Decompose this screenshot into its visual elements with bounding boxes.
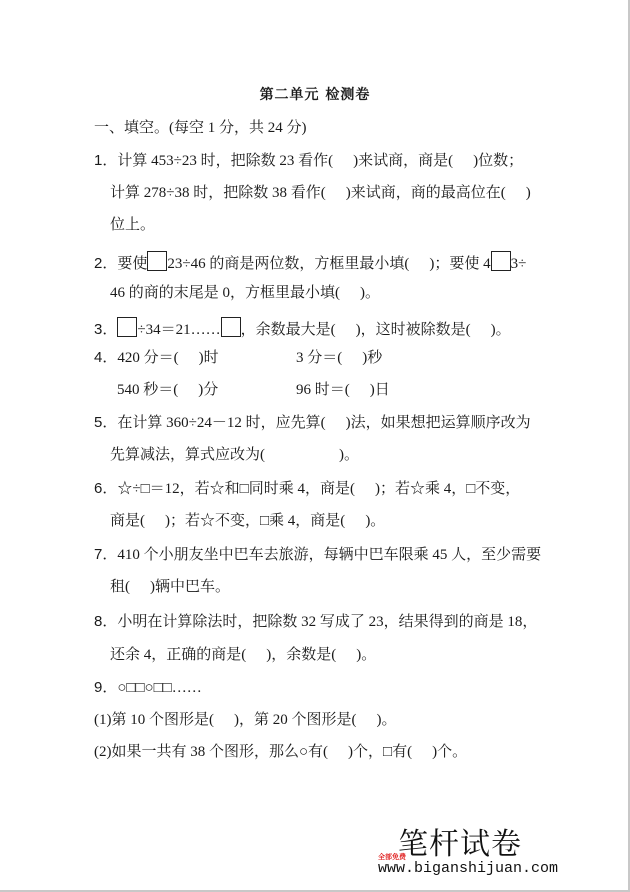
- document-page: 第二单元 检测卷 一、填空。(每空 1 分，共 24 分) 1．计算 453÷2…: [0, 0, 630, 892]
- question-9: 9．○□□○□□……: [94, 678, 202, 698]
- digit-box[interactable]: [491, 251, 511, 271]
- question-2-line-2: 46 的商的末尾是 0，方框里最小填()。: [110, 283, 380, 303]
- dividend-box[interactable]: [117, 317, 137, 337]
- section-heading: 一、填空。(每空 1 分，共 24 分): [94, 118, 307, 138]
- question-number: 8．: [94, 613, 117, 630]
- question-5-line-2: 先算减法，算式应改为()。: [110, 445, 359, 465]
- question-6-line-2: 商是()；若☆不变，□乘 4，商是()。: [110, 511, 385, 531]
- question-3: 3．÷34＝21……，余数最大是()，这时被除数是()。: [94, 317, 511, 340]
- question-1-line-3: 位上。: [110, 215, 155, 235]
- question-2-line-1: 2．要使23÷46 的商是两位数，方框里最小填()；要使 43÷: [94, 251, 526, 274]
- question-1-line-2: 计算 278÷38 时，把除数 38 看作()来试商，商的最高位在(): [110, 183, 531, 203]
- remainder-box[interactable]: [221, 317, 241, 337]
- question-1-line-1: 1．计算 453÷23 时，把除数 23 看作()来试商，商是()位数；: [94, 151, 523, 171]
- question-8-line-1: 8．小明在计算除法时，把除数 32 写成了 23，结果得到的商是 18，: [94, 612, 537, 632]
- question-4-row-2: 540 秒＝()分: [117, 380, 218, 400]
- digit-box[interactable]: [147, 251, 167, 271]
- question-number: 4．: [94, 349, 117, 366]
- website-url[interactable]: www.biganshijuan.com: [378, 860, 558, 877]
- question-7-line-2: 租()辆中巴车。: [110, 577, 230, 597]
- question-9-part-1: (1)第 10 个图形是()，第 20 个图形是()。: [94, 710, 397, 730]
- question-number: 9．: [94, 679, 117, 696]
- question-number: 2．: [94, 255, 117, 272]
- question-8-line-2: 还余 4，正确的商是()，余数是()。: [110, 645, 376, 665]
- question-4-row-1-col-2: 3 分＝()秒: [296, 348, 382, 368]
- question-5-line-1: 5．在计算 360÷24－12 时，应先算()法，如果想把运算顺序改为: [94, 413, 531, 433]
- question-7-line-1: 7．410 个小朋友坐中巴车去旅游，每辆中巴车限乘 45 人，至少需要: [94, 545, 541, 565]
- shape-pattern: ○□□○□□……: [117, 680, 201, 696]
- page-title: 第二单元 检测卷: [0, 84, 630, 104]
- question-number: 7．: [94, 546, 117, 563]
- question-4-row-2-col-2: 96 时＝()日: [296, 380, 390, 400]
- question-number: 5．: [94, 414, 117, 431]
- question-number: 6．: [94, 480, 117, 497]
- question-4-row-1: 4．420 分＝()时: [94, 348, 219, 368]
- question-6-line-1: 6．☆÷□＝12，若☆和□同时乘 4，商是()；若☆乘 4，□不变，: [94, 479, 520, 499]
- question-number: 3．: [94, 321, 117, 338]
- question-9-part-2: (2)如果一共有 38 个图形，那么○有()个，□有()个。: [94, 742, 467, 762]
- brand-logo: 笔杆试卷: [398, 829, 522, 861]
- question-number: 1．: [94, 152, 117, 169]
